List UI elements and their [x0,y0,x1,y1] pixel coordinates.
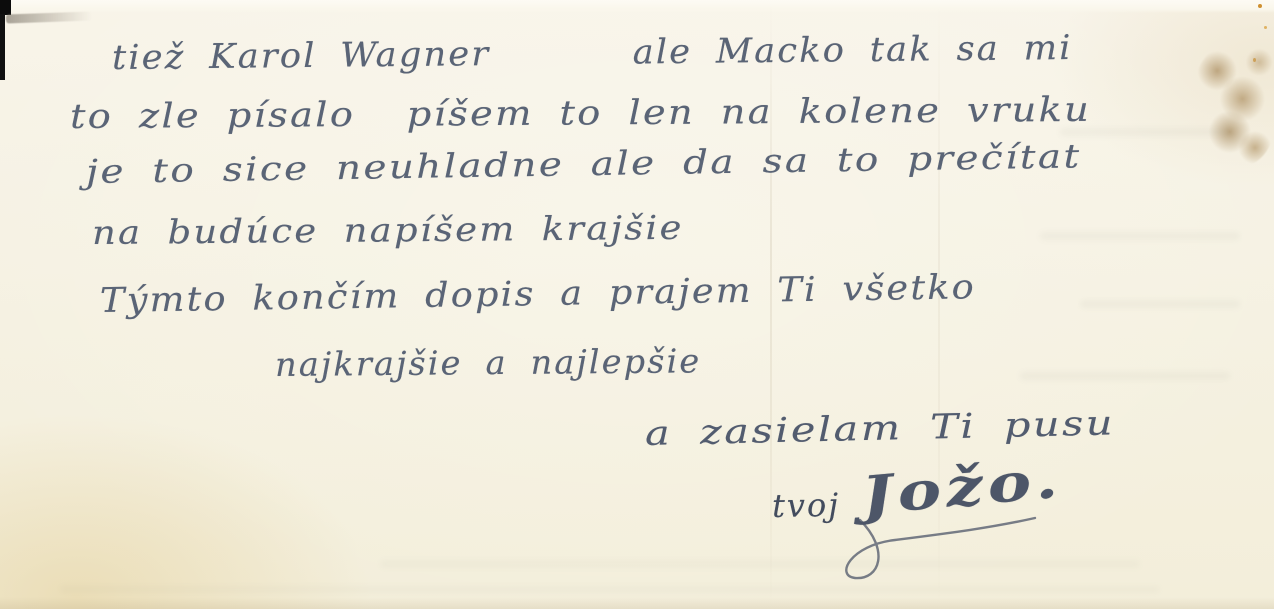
paper-speck [1264,26,1267,29]
paper-speck [1258,4,1262,8]
ink-showthrough [60,586,1160,593]
scan-corner-mark [0,0,11,15]
handwritten-line-4: na budúce napíšem krajšie [92,208,684,252]
signature-text: Jožo. [859,449,1064,527]
paper-stain [1192,44,1274,166]
handwritten-line-6: najkrajšie a najlepšie [275,341,702,384]
ink-showthrough [1080,300,1240,308]
handwritten-line-7: a zasielam Ti pusu [645,403,1116,454]
ink-showthrough [1020,372,1230,380]
ink-showthrough [380,560,1140,568]
handwritten-line-3: je to sice neuhladne ale da sa to prečít… [86,136,1082,191]
paper-top-edge [0,0,1274,13]
paper-speck [1253,58,1256,62]
handwritten-line-2: to zle písalo píšem to len na kolene vru… [70,90,1091,137]
paper-bottom-shade [0,597,1274,609]
paper-fold-smudge [6,12,92,24]
handwritten-closing-word: tvoj [772,486,841,525]
handwritten-line-5: Týmto končím dopis a prajem Ti všetko [100,267,976,321]
ink-showthrough [1040,232,1240,240]
scan-edge-mark [0,14,5,80]
handwritten-line-1: tiež Karol Wagner ale Macko tak sa mi [112,28,1073,78]
scanned-letter-page: tiež Karol Wagner ale Macko tak sa mi to… [0,0,1274,609]
